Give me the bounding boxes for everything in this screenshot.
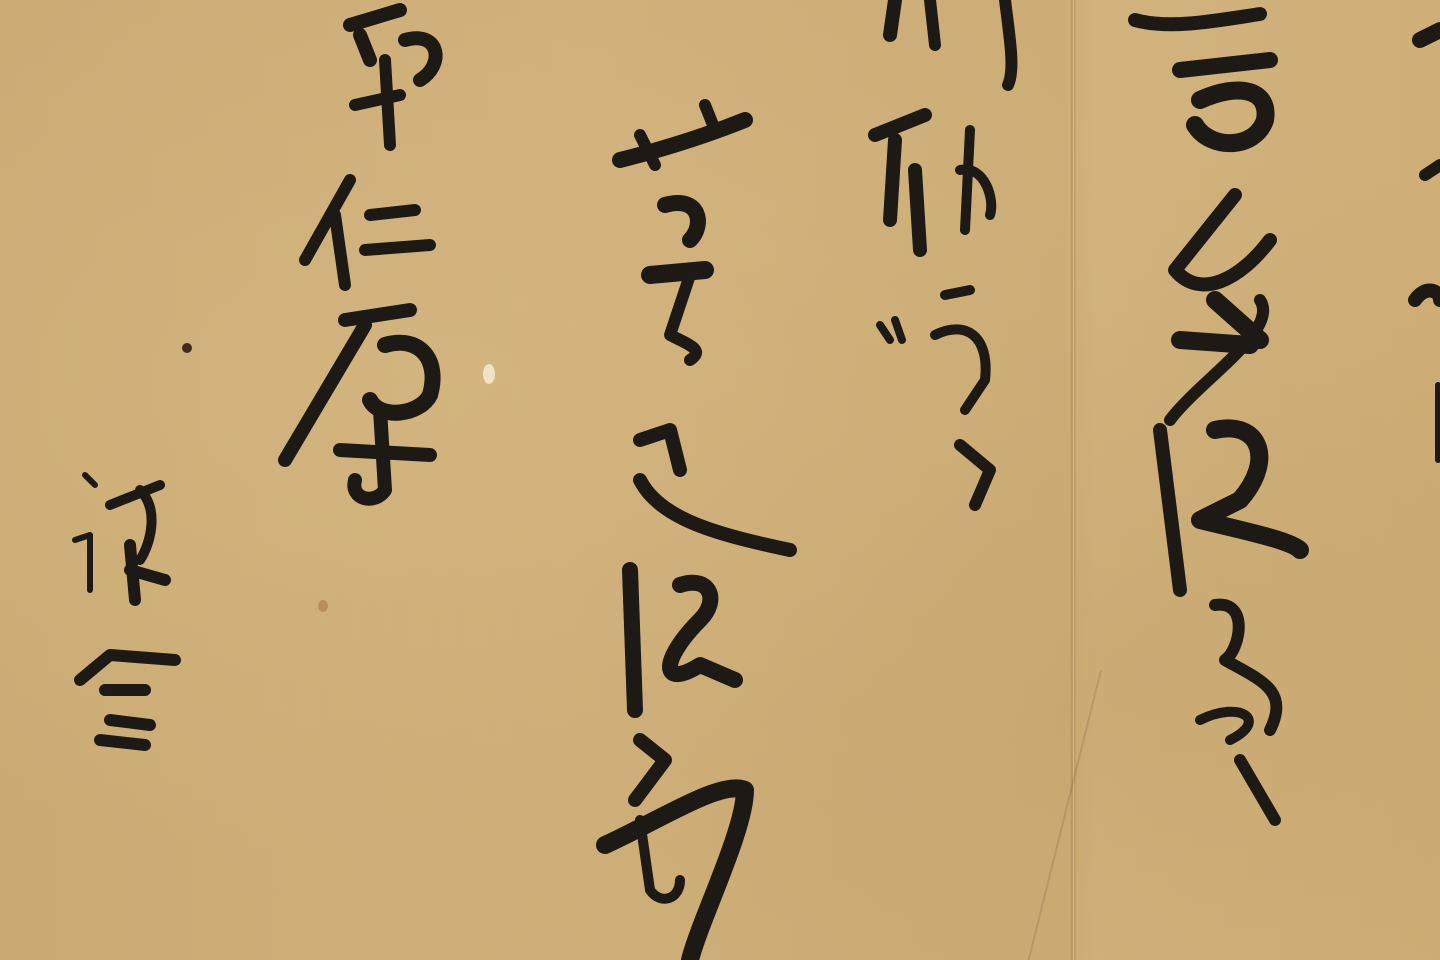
column-2 xyxy=(875,0,1011,505)
edge-fragments xyxy=(1415,30,1440,460)
signature xyxy=(75,475,175,745)
ink-strokes xyxy=(0,0,1440,960)
calligraphy-paper: 書要便多 間皓奇 廿事足役起 弟仁厚 湛堂 xyxy=(0,0,1440,960)
column-3 xyxy=(605,105,790,960)
column-1 xyxy=(1135,14,1300,820)
column-4 xyxy=(285,10,436,499)
